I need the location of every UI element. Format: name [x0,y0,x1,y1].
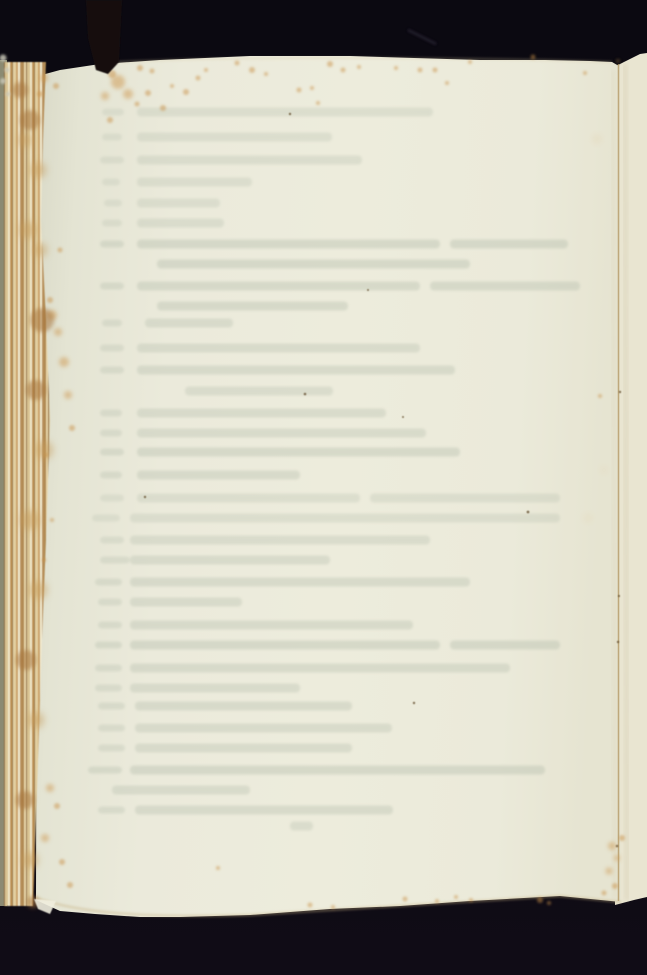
book-scene [0,0,647,975]
archival-book-photo [0,0,647,975]
page-right-inner-shadow [613,70,615,898]
facing-page-inner-shadow [625,64,627,900]
